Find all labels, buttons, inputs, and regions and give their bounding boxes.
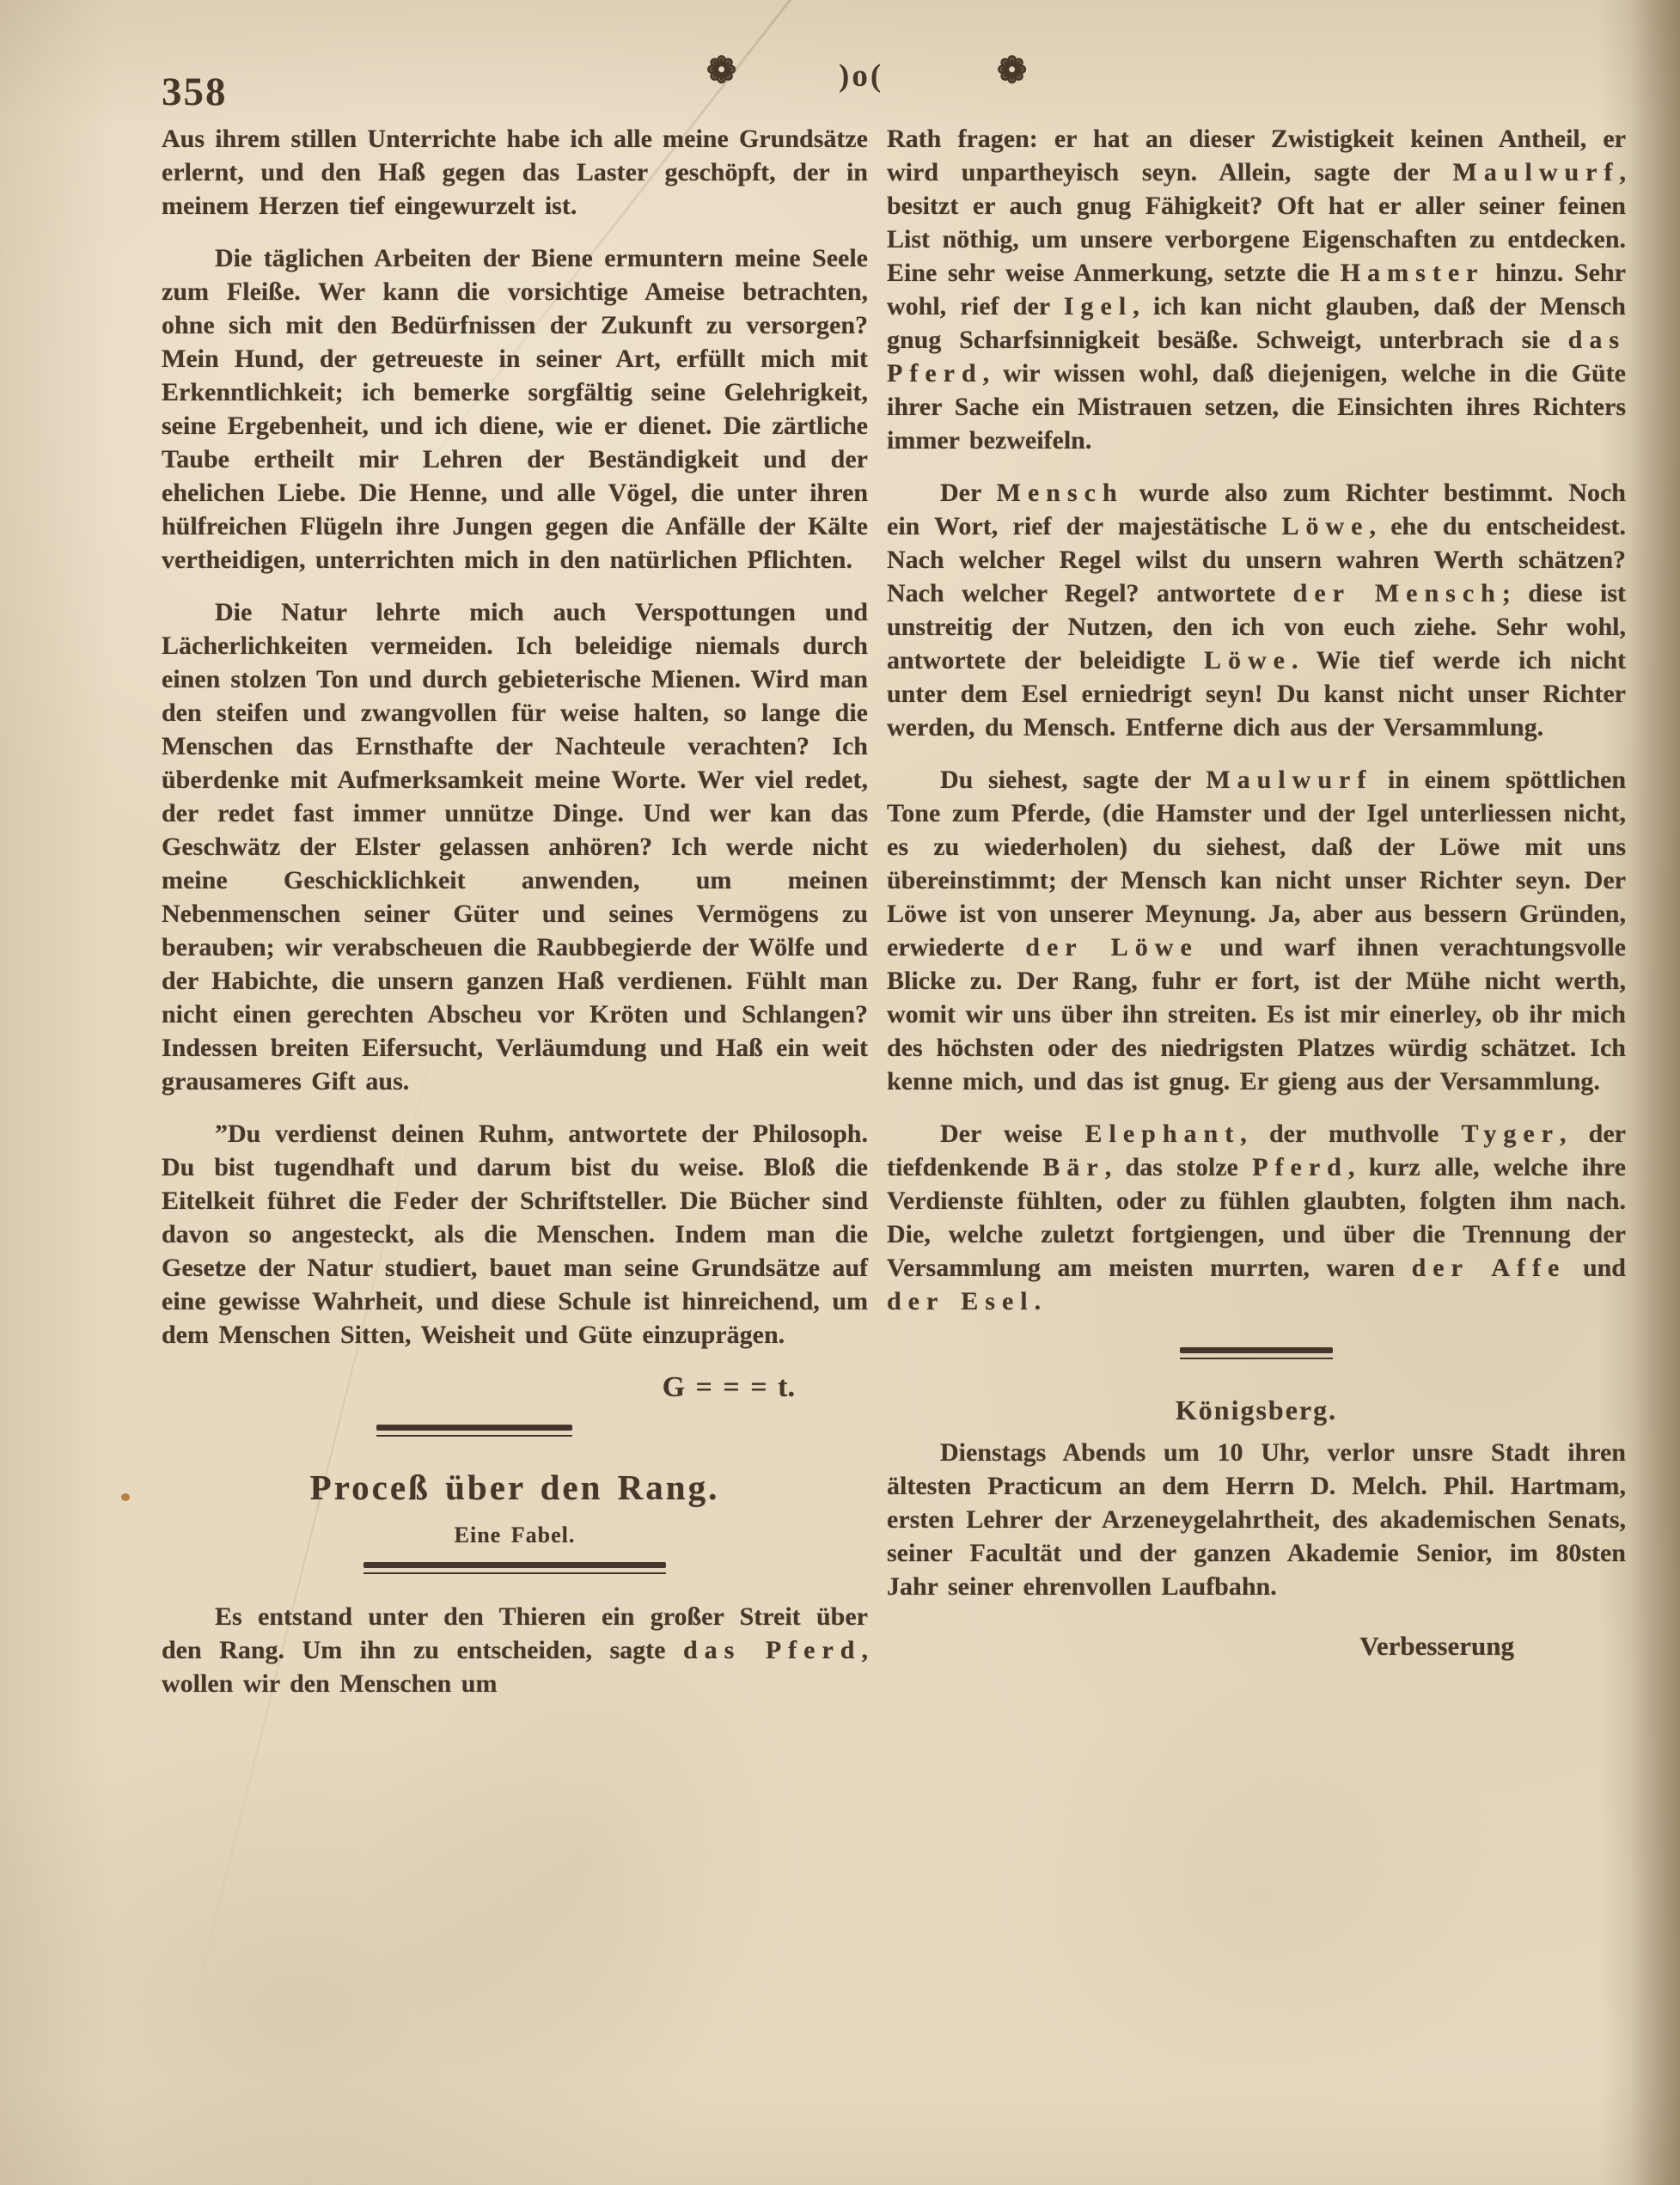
text-run: . [1035,1287,1042,1315]
letterspaced-emphasis: Tyger [1462,1120,1560,1148]
body-paragraph: Aus ihrem stillen Unterrichte habe ich a… [162,122,868,223]
quoted-paragraph: ”Du verdienst deinen Ruhm, antwortete de… [162,1117,868,1352]
body-paragraph: Der weise Elephant, der muthvolle Tyger,… [887,1117,1626,1318]
body-paragraph: Die täglichen Arbeiten der Biene ermunte… [162,241,868,577]
body-paragraph: Der Mensch wurde also zum Richter bestim… [887,476,1626,744]
section-divider-rule [376,1425,572,1437]
rosette-ornament-icon: ❁ [706,53,736,89]
paper-stain [988,1675,1521,2122]
news-location-heading: Königsberg. [887,1394,1626,1427]
letterspaced-emphasis: Bär [1042,1153,1104,1181]
divider-thick-bar [376,1425,572,1431]
body-paragraph: Rath fragen: er hat an dieser Zwistigkei… [887,122,1626,457]
text-run: , das stolze [1105,1153,1253,1181]
divider-thick-bar [1180,1347,1333,1353]
letterspaced-emphasis: Löwe [1281,512,1369,540]
text-run: , wir wissen wohl, daß diejenigen, welch… [887,359,1626,455]
section-divider-rule [363,1562,666,1574]
text-run: Der weise [940,1120,1085,1148]
right-column: Rath fragen: er hat an dieser Zwistigkei… [887,122,1626,1663]
text-run: Du siehest, sagte der [940,766,1206,794]
letterspaced-emphasis: Mensch [997,479,1124,507]
text-run: , der muthvolle [1240,1120,1461,1148]
letterspaced-emphasis: der Esel [887,1287,1035,1315]
author-signature: G = = = t. [162,1370,868,1404]
divider-thin-bar [1180,1358,1333,1359]
fable-title: Proceß über den Rang. [162,1471,868,1504]
divider-thin-bar [376,1435,572,1437]
page-number: 358 [162,69,228,115]
scanned-newspaper-page: 358 ❁ )o( ❁ Aus ihrem stillen Unterricht… [0,0,1680,2185]
header-divider-ornament: )o( [839,60,883,92]
body-paragraph: Dienstags Abends um 10 Uhr, verlor unsre… [887,1436,1626,1603]
text-run: in einem spöttlichen Tone zum Pferde, (d… [887,766,1626,961]
correction-heading: Verbesserung [887,1629,1626,1663]
body-paragraph: Es entstand unter den Thieren ein großer… [162,1600,868,1700]
letterspaced-emphasis: der Affe [1412,1254,1567,1282]
body-paragraph: Die Natur lehrte mich auch Verspottungen… [162,595,868,1098]
ink-speck [121,1493,130,1501]
letterspaced-emphasis: Igel [1064,292,1133,320]
text-run: Der [940,479,997,507]
divider-thick-bar [363,1562,666,1568]
text-run: Aus ihrem stillen Unterrichte habe ich a… [162,125,868,220]
letterspaced-emphasis: der Löwe [1025,933,1198,961]
left-column: Aus ihrem stillen Unterrichte habe ich a… [162,122,868,1719]
text-run: Die Natur lehrte mich auch Verspottungen… [162,598,868,1096]
letterspaced-emphasis: Hamster [1341,259,1485,287]
text-run: ”Du verdienst deinen Ruhm, antwortete de… [162,1120,868,1349]
rosette-ornament-icon: ❁ [997,53,1027,89]
text-run: und [1566,1254,1626,1282]
letterspaced-emphasis: der Mensch [1293,579,1502,607]
letterspaced-emphasis: Elephant [1085,1120,1241,1148]
text-run: Die täglichen Arbeiten der Biene ermunte… [162,244,868,574]
page-edge-shadow [1630,0,1680,2185]
letterspaced-emphasis: Pferd [1252,1153,1348,1181]
fable-subtitle: Eine Fabel. [162,1518,868,1552]
letterspaced-emphasis: das Pferd [683,1636,862,1664]
section-divider-rule [1180,1347,1333,1359]
letterspaced-emphasis: Löwe [1204,646,1292,674]
body-paragraph: Du siehest, sagte der Maulwurf in einem … [887,763,1626,1098]
letterspaced-emphasis: Maulwurf [1453,158,1620,186]
letterspaced-emphasis: Maulwurf [1206,766,1372,794]
text-run: Dienstags Abends um 10 Uhr, verlor unsre… [887,1438,1626,1601]
divider-thin-bar [363,1572,666,1574]
